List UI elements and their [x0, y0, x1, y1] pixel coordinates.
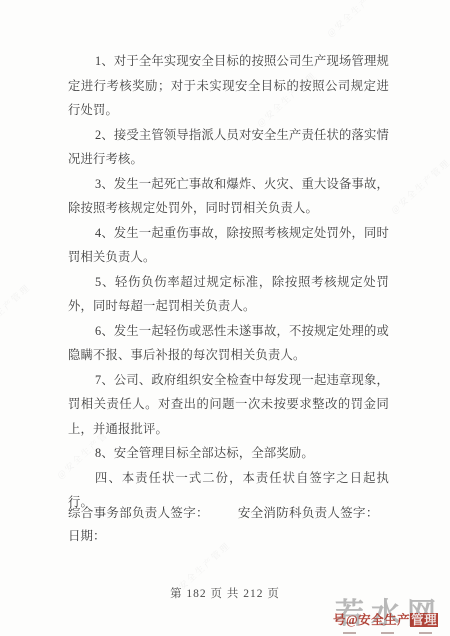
logo-underline-dash	[419, 632, 432, 634]
document-page: @安全生产管理 @安全生产管理 @安全生产管理 @安全生产管理 @安全生产管理 …	[0, 0, 450, 636]
clause-4: 4、发生一起重伤事故，除按照考核规定处罚外，同时罚相关负责人。	[68, 221, 389, 270]
clause-2: 2、接受主管领导指派人员对安全生产责任状的落实情况进行考核。	[68, 123, 389, 172]
logo-overlay-text: 号@安全生产管理	[333, 610, 438, 628]
logo-underline-dash	[343, 632, 356, 634]
diagonal-watermark: @安全生产管理	[324, 0, 389, 39]
clause-8: 8、安全管理目标全部达标，全部奖励。	[68, 441, 389, 466]
signature-right-label: 安全消防科负责人签字：	[238, 506, 379, 520]
diagonal-watermark: @安全生产管理	[0, 281, 33, 342]
logo-underline-dash	[381, 632, 394, 634]
date-row: 日期：	[68, 526, 106, 544]
document-body: 1、对于全年实现安全目标的按照公司生产现场管理规定进行考核奖励；对于未实现安全目…	[68, 49, 389, 515]
signature-row: 综合事务部负责人签字：安全消防科负责人签字：	[68, 503, 398, 521]
signature-left-label: 综合事务部负责人签字：	[68, 506, 209, 520]
diagonal-watermark: @安全生产管理	[388, 156, 450, 217]
logo-overlay-badge: 管理	[410, 613, 438, 627]
clause-3: 3、发生一起死亡事故和爆炸、火灾、重大设备事故，除按照考核规定处罚外，同时罚相关…	[68, 172, 389, 221]
date-label: 日期：	[68, 529, 106, 543]
clause-5: 5、轻伤负伤率超过规定标准，除按照考核规定处罚外，同时每超一起罚相关负责人。	[68, 270, 389, 319]
clause-1: 1、对于全年实现安全目标的按照公司生产现场管理规定进行考核奖励；对于未实现安全目…	[68, 49, 389, 123]
clause-6: 6、发生一起轻伤或恶性未遂事故，不按规定处理的或隐瞒不报、事后补报的每次罚相关负…	[68, 319, 389, 368]
ruoshui-logo: 若水网 号@安全生产管理	[333, 593, 449, 635]
clause-7: 7、公司、政府组织安全检查中每发现一起违章现象，罚相关责任人。对查出的问题一次未…	[68, 368, 389, 442]
